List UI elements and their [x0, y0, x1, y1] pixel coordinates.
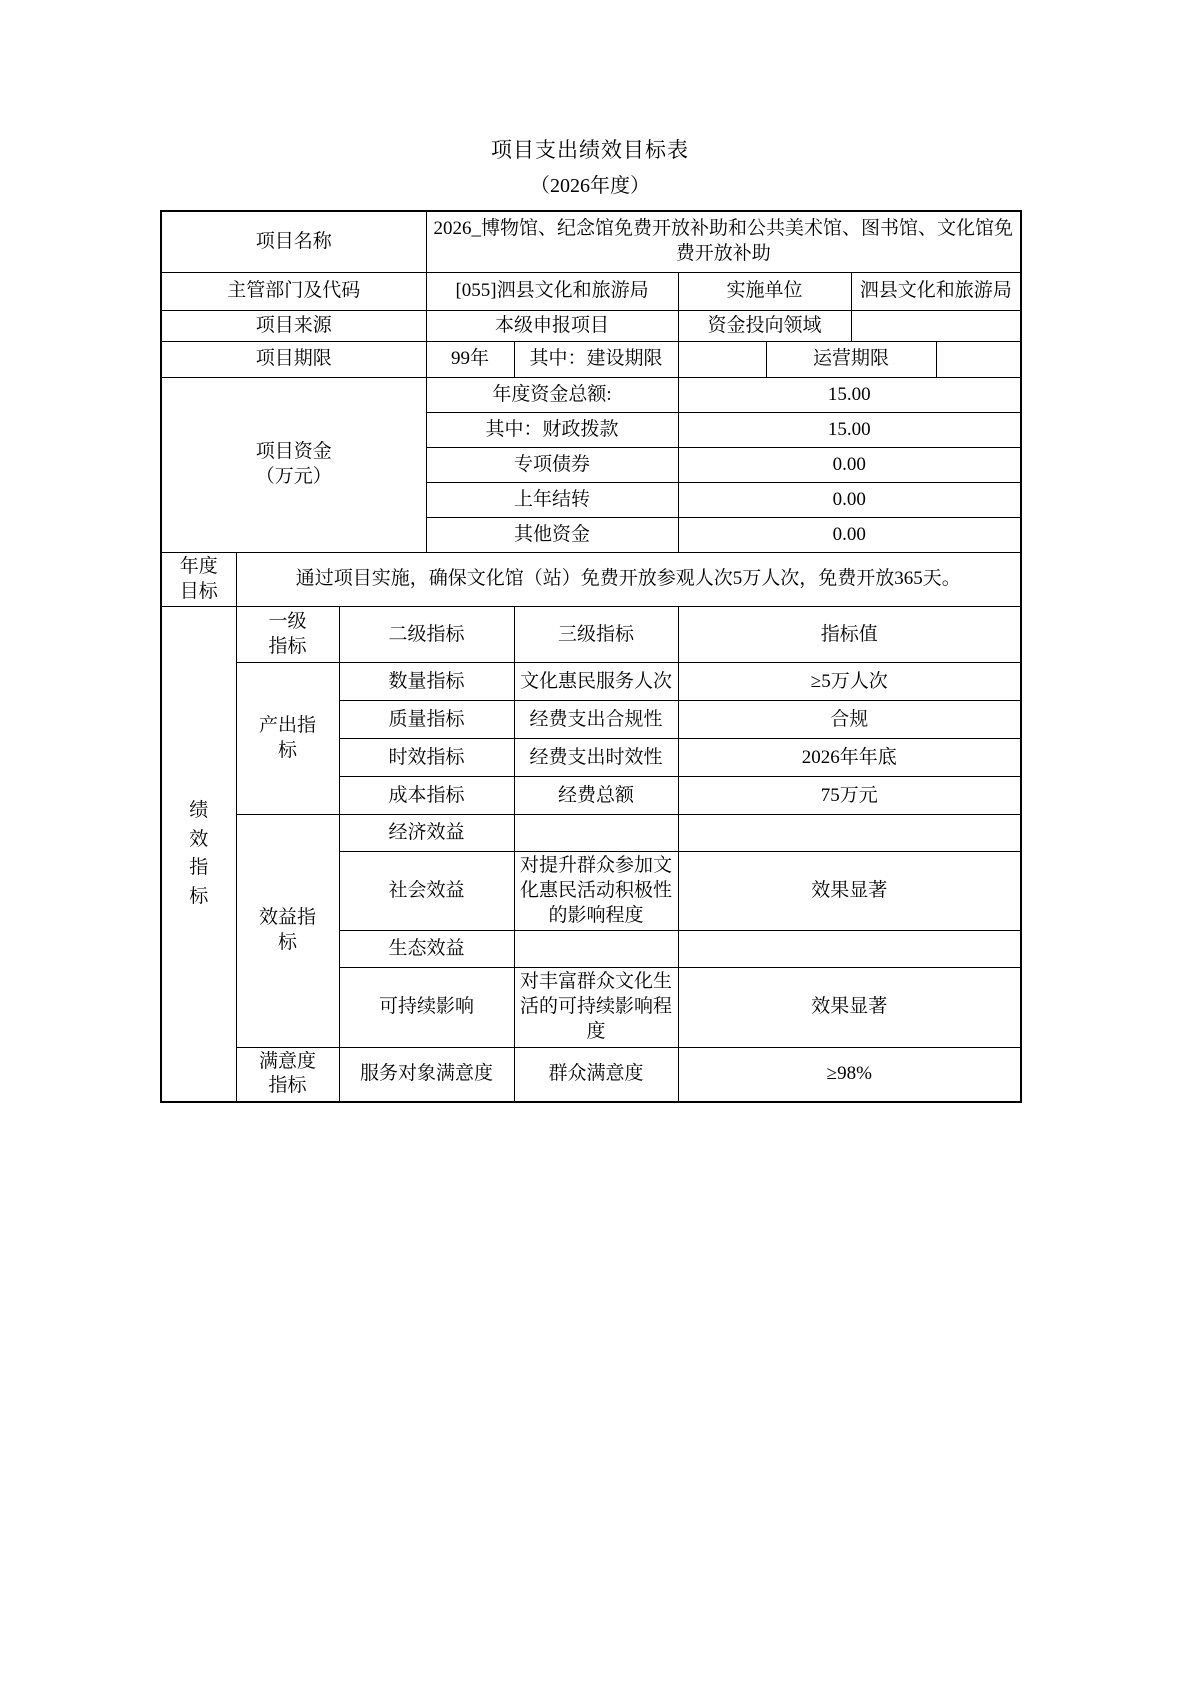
project-duration-value: 99年 — [426, 342, 514, 378]
satisfaction-detail: 群众满意度 — [514, 1047, 678, 1102]
document-title: 项目支出绩效目标表 — [160, 138, 1020, 162]
satisfaction-group-text: 满意度指标 — [256, 1050, 319, 1099]
sustainability-name: 可持续影响 — [339, 968, 514, 1047]
social-benefit-value: 效果显著 — [678, 852, 1021, 931]
timeliness-indicator-detail: 经费支出时效性 — [514, 739, 678, 777]
level1-header-text: 一级指标 — [266, 610, 310, 659]
project-duration-label: 项目期限 — [161, 342, 426, 378]
performance-target-table: 项目名称 2026_博物馆、纪念馆免费开放补助和公共美术馆、图书馆、文化馆免费开… — [160, 210, 1022, 1103]
project-source-row: 项目来源 本级申报项目 资金投向领域 — [161, 311, 1021, 342]
ecological-benefit-value — [678, 931, 1021, 968]
benefit-indicator-group-text: 效益指标 — [256, 906, 319, 955]
quantity-indicator-detail: 文化惠民服务人次 — [514, 663, 678, 701]
annual-goal-row: 年度目标 通过项目实施，确保文化馆（站）免费开放参观人次5万人次，免费开放365… — [161, 553, 1021, 607]
output-indicator-group-text: 产出指标 — [256, 714, 319, 763]
operation-period-value — [936, 342, 1021, 378]
funds-total-value: 15.00 — [678, 378, 1021, 413]
timeliness-indicator-value: 2026年年底 — [678, 739, 1021, 777]
implementing-unit-label: 实施单位 — [678, 273, 851, 311]
annual-goal-label-text: 年度目标 — [177, 555, 221, 604]
funds-bond-name: 专项债券 — [426, 448, 678, 483]
indicator-row-satisfaction: 满意度指标 服务对象满意度 群众满意度 ≥98% — [161, 1047, 1021, 1102]
cost-indicator-value: 75万元 — [678, 777, 1021, 815]
annual-goal-label: 年度目标 — [161, 553, 236, 607]
economic-benefit-value — [678, 815, 1021, 852]
social-benefit-detail: 对提升群众参加文化惠民活动积极性的影响程度 — [514, 852, 678, 931]
operation-period-label: 运营期限 — [766, 342, 936, 378]
sustainability-detail: 对丰富群众文化生活的可持续影响程度 — [514, 968, 678, 1047]
construction-period-label: 其中：建设期限 — [514, 342, 678, 378]
funding-field-label: 资金投向领域 — [678, 311, 851, 342]
document-page: 项目支出绩效目标表 （2026年度） 项目名称 2026_博物馆、纪念馆免费开放… — [0, 0, 1190, 1684]
funds-label: 项目资金（万元） — [161, 378, 426, 553]
benefit-indicator-group-label: 效益指标 — [236, 815, 339, 1047]
funds-other-name: 其他资金 — [426, 518, 678, 553]
quality-indicator-value: 合规 — [678, 701, 1021, 739]
performance-indicator-label: 绩效指标 — [161, 607, 236, 1102]
level2-header: 二级指标 — [339, 607, 514, 663]
department-row: 主管部门及代码 [055]泗县文化和旅游局 实施单位 泗县文化和旅游局 — [161, 273, 1021, 311]
project-source-value: 本级申报项目 — [426, 311, 678, 342]
title-block: 项目支出绩效目标表 （2026年度） — [160, 138, 1020, 198]
quantity-indicator-value: ≥5万人次 — [678, 663, 1021, 701]
project-duration-row: 项目期限 99年 其中：建设期限 运营期限 — [161, 342, 1021, 378]
social-benefit-name: 社会效益 — [339, 852, 514, 931]
performance-indicator-label-text: 绩效指标 — [187, 797, 210, 911]
funds-bond-value: 0.00 — [678, 448, 1021, 483]
quality-indicator-name: 质量指标 — [339, 701, 514, 739]
project-name-value: 2026_博物馆、纪念馆免费开放补助和公共美术馆、图书馆、文化馆免费开放补助 — [426, 211, 1021, 273]
quantity-indicator-name: 数量指标 — [339, 663, 514, 701]
satisfaction-value: ≥98% — [678, 1047, 1021, 1102]
output-indicator-group-label: 产出指标 — [236, 663, 339, 815]
level3-header: 三级指标 — [514, 607, 678, 663]
funds-carryover-value: 0.00 — [678, 483, 1021, 518]
funds-total-name: 年度资金总额: — [426, 378, 678, 413]
implementing-unit-value: 泗县文化和旅游局 — [851, 273, 1021, 311]
annual-goal-value: 通过项目实施，确保文化馆（站）免费开放参观人次5万人次，免费开放365天。 — [236, 553, 1021, 607]
funds-carryover-name: 上年结转 — [426, 483, 678, 518]
funds-label-text: 项目资金（万元） — [253, 440, 335, 489]
indicator-row-economic: 效益指标 经济效益 — [161, 815, 1021, 852]
indicator-header-row: 绩效指标 一级指标 二级指标 三级指标 指标值 — [161, 607, 1021, 663]
department-label: 主管部门及代码 — [161, 273, 426, 311]
funds-other-value: 0.00 — [678, 518, 1021, 553]
quality-indicator-detail: 经费支出合规性 — [514, 701, 678, 739]
indicator-value-header: 指标值 — [678, 607, 1021, 663]
department-value: [055]泗县文化和旅游局 — [426, 273, 678, 311]
satisfaction-name: 服务对象满意度 — [339, 1047, 514, 1102]
sustainability-value: 效果显著 — [678, 968, 1021, 1047]
project-name-row: 项目名称 2026_博物馆、纪念馆免费开放补助和公共美术馆、图书馆、文化馆免费开… — [161, 211, 1021, 273]
ecological-benefit-detail — [514, 931, 678, 968]
timeliness-indicator-name: 时效指标 — [339, 739, 514, 777]
construction-period-value — [678, 342, 766, 378]
performance-target-document: 项目支出绩效目标表 （2026年度） 项目名称 2026_博物馆、纪念馆免费开放… — [0, 0, 1190, 1103]
economic-benefit-name: 经济效益 — [339, 815, 514, 852]
funds-fiscal-name: 其中：财政拨款 — [426, 413, 678, 448]
project-name-label: 项目名称 — [161, 211, 426, 273]
funds-row-total: 项目资金（万元） 年度资金总额: 15.00 — [161, 378, 1021, 413]
document-subtitle: （2026年度） — [160, 174, 1020, 198]
ecological-benefit-name: 生态效益 — [339, 931, 514, 968]
cost-indicator-name: 成本指标 — [339, 777, 514, 815]
satisfaction-group-label: 满意度指标 — [236, 1047, 339, 1102]
cost-indicator-detail: 经费总额 — [514, 777, 678, 815]
project-source-label: 项目来源 — [161, 311, 426, 342]
funding-field-value — [851, 311, 1021, 342]
funds-fiscal-value: 15.00 — [678, 413, 1021, 448]
economic-benefit-detail — [514, 815, 678, 852]
indicator-row-quantity: 产出指标 数量指标 文化惠民服务人次 ≥5万人次 — [161, 663, 1021, 701]
level1-header: 一级指标 — [236, 607, 339, 663]
